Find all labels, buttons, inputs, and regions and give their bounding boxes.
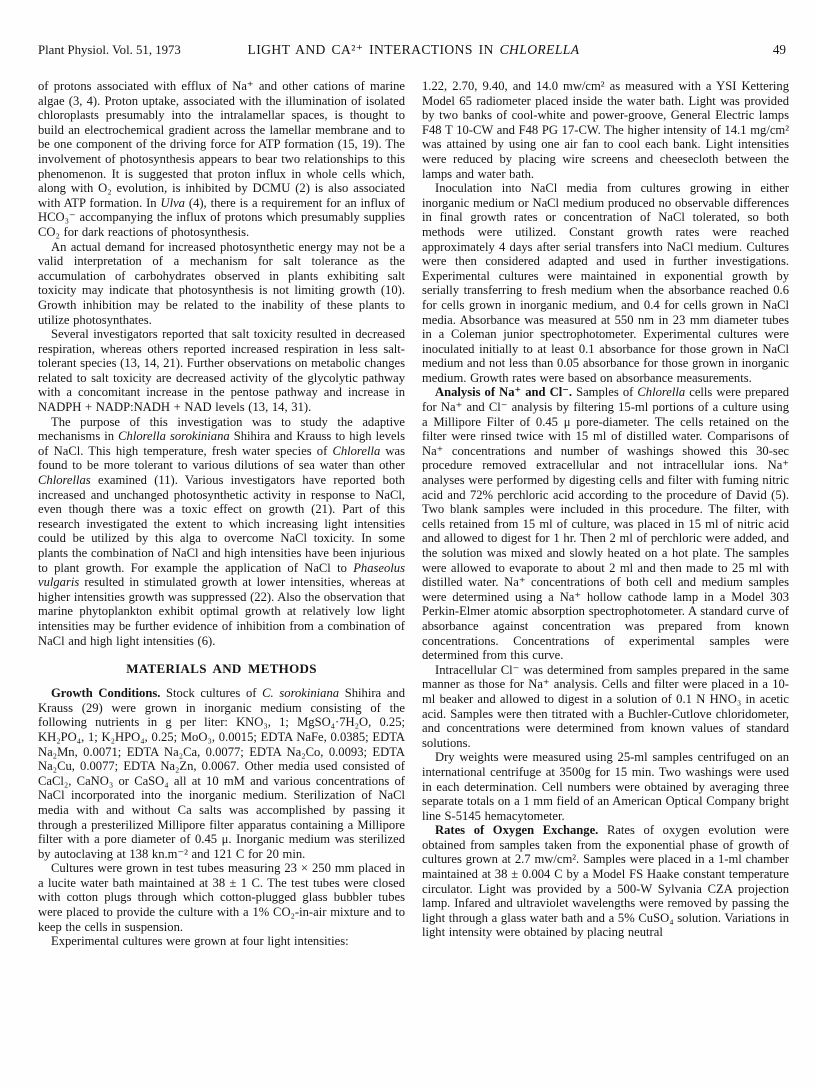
- right-column: 1.22, 2.70, 9.40, and 14.0 mw/cm² as mea…: [422, 79, 789, 949]
- paragraph-growth-conditions: Growth Conditions. Stock cultures of C. …: [38, 686, 405, 861]
- paragraph-dry-weights: Dry weights were measured using 25-ml sa…: [422, 750, 789, 823]
- left-column: of protons associated with efflux of Na⁺…: [38, 79, 405, 949]
- paragraph-light-intensities-values: 1.22, 2.70, 9.40, and 14.0 mw/cm² as mea…: [422, 79, 789, 181]
- paragraph-purpose-of-investigation: The purpose of this investigation was to…: [38, 415, 405, 649]
- article-body: of protons associated with efflux of Na⁺…: [38, 79, 789, 949]
- paragraph-inoculation-nacl-media: Inoculation into NaCl media from culture…: [422, 181, 789, 385]
- article-title: LIGHT AND CA²⁺ INTERACTIONS IN CHLORELLA: [38, 42, 789, 58]
- section-heading-materials-and-methods: MATERIALS AND METHODS: [38, 661, 405, 677]
- paragraph-intracellular-cl: Intracellular Cl⁻ was determined from sa…: [422, 663, 789, 751]
- paragraph-rates-oxygen-exchange: Rates of Oxygen Exchange. Rates of oxyge…: [422, 823, 789, 940]
- paragraph-analysis-na-cl: Analysis of Na⁺ and Cl⁻. Samples of Chlo…: [422, 385, 789, 662]
- paragraph-photosynthetic-energy: An actual demand for increased photosynt…: [38, 240, 405, 328]
- paragraph-intro-continuation: of protons associated with efflux of Na⁺…: [38, 79, 405, 240]
- page-header: Plant Physiol. Vol. 51, 1973 LIGHT AND C…: [38, 42, 789, 58]
- paragraph-salt-toxicity-respiration: Several investigators reported that salt…: [38, 327, 405, 415]
- paragraph-light-intensities-lead: Experimental cultures were grown at four…: [38, 934, 405, 949]
- page-number: 49: [773, 42, 786, 58]
- paragraph-culture-tubes: Cultures were grown in test tubes measur…: [38, 861, 405, 934]
- journal-page: Plant Physiol. Vol. 51, 1973 LIGHT AND C…: [0, 0, 816, 1089]
